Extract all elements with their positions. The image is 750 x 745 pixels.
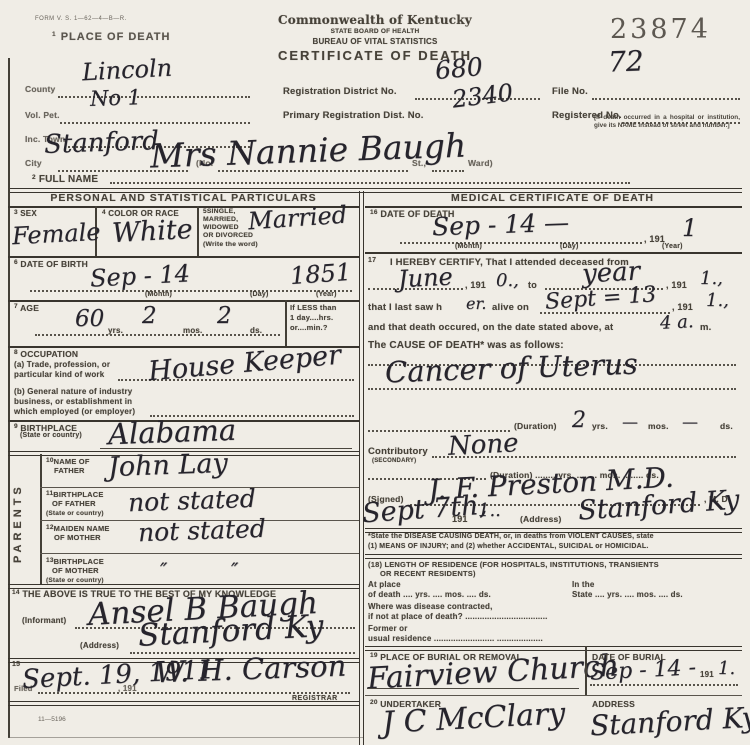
full-name-label-text: FULL NAME	[39, 174, 98, 185]
to-year-printed: , 191	[666, 280, 687, 290]
burial-place-line	[367, 688, 579, 689]
field-number: 19	[370, 652, 378, 659]
father-name-l1: NAME OF	[54, 457, 90, 466]
in-the-label: In the	[572, 580, 595, 589]
form-code-bottom: 11—5196	[38, 716, 66, 723]
field-number: 3	[14, 209, 18, 216]
medical-section-title: MEDICAL CERTIFICATE OF DEATH	[365, 192, 740, 204]
registrar-line	[38, 692, 350, 694]
occupation-b2: business, or establishment in	[14, 397, 132, 406]
occupation-a2: particular kind of work	[14, 370, 104, 379]
registrar-signature: W. H. Carson	[155, 652, 347, 688]
attended-from-value: June	[397, 265, 453, 292]
father-name-value: John Lay	[108, 450, 229, 481]
full-name-line	[110, 182, 630, 184]
field-number: 1	[52, 31, 57, 38]
birthplace-hint: (State or country)	[20, 432, 82, 439]
former-line1: Former or	[368, 624, 408, 633]
informant-label: (Informant)	[22, 616, 66, 625]
field-number: 20	[370, 699, 378, 706]
duration1-years: 2	[572, 410, 586, 432]
occupation-label: 8 OCCUPATION	[14, 349, 78, 359]
to-year-value: 1.,	[700, 270, 723, 288]
hospital-note: [If death occurred in a hospital or inst…	[594, 114, 740, 131]
footnote-line2: (1) MEANS OF INJURY; and (2) whether ACC…	[368, 543, 740, 550]
age-label-text: AGE	[20, 303, 39, 313]
signed-year-value: 1..	[478, 502, 501, 520]
row-rule	[8, 300, 359, 302]
field-number: 2	[32, 174, 36, 181]
primary-registration-label: Primary Registration Dist. No.	[283, 110, 424, 121]
contributory-label: Contributory	[368, 446, 428, 457]
field-number: 8	[14, 349, 18, 356]
column-divider	[359, 191, 364, 745]
duration1-ds-label: ds.	[720, 421, 733, 431]
row-rule	[365, 252, 742, 254]
field-number: 10	[46, 457, 54, 464]
mother-bp-l1: BIRTHPLACE	[54, 557, 104, 566]
city-value: Stanford	[44, 128, 160, 158]
bureau-subtitle: BUREAU OF VITAL STATISTICS	[250, 37, 500, 46]
marital-l2: MARRIED,	[203, 216, 238, 223]
father-name-l2: FATHER	[46, 466, 85, 475]
place-of-death-label: PLACE OF DEATH	[61, 31, 171, 43]
informant-address-value: Stanford Ky	[137, 611, 324, 652]
contributory-line	[432, 456, 736, 458]
ward-label: Ward)	[468, 158, 493, 168]
ward-line	[432, 170, 464, 172]
death-time-value: 4 a.	[660, 313, 695, 333]
age-label: 7 AGE	[14, 303, 39, 313]
duration1-yrs-label: yrs.	[592, 421, 608, 431]
dob-line	[30, 290, 352, 292]
death-occurred-line: and that death occured, on the date stat…	[368, 322, 613, 333]
registration-district-label: Registration District No.	[283, 86, 397, 97]
former-line2: usual residence ........................…	[368, 634, 543, 643]
registration-district-value: 680	[434, 54, 484, 83]
mother-name-l2: OF MOTHER	[46, 533, 101, 542]
mother-bp-l2: OF MOTHER	[46, 566, 99, 575]
sex-label: 3 SEX	[14, 209, 37, 218]
physician-address-label: (Address)	[520, 514, 561, 524]
dob-month-sublabel: (Month)	[145, 291, 172, 298]
state-board-subtitle: STATE BOARD OF HEALTH	[250, 28, 500, 35]
age-box-divider	[285, 300, 287, 346]
mother-bp-hint: (State or country)	[46, 577, 104, 584]
page-left-border	[8, 58, 10, 738]
dod-month-sublabel: (Month)	[455, 243, 482, 250]
saw-year-value: 1.,	[706, 292, 729, 310]
last-saw-prefix: that I last saw h	[368, 302, 442, 313]
father-bp-hint: (State or country)	[46, 510, 104, 517]
dob-year-sublabel: (Year)	[316, 291, 337, 298]
dod-year-value: 1	[682, 216, 697, 240]
burial-year-printed: 191	[700, 670, 714, 679]
alive-on-label: alive on	[492, 302, 529, 313]
duration1-label: (Duration)	[514, 421, 557, 431]
marital-l1: SINGLE,	[207, 208, 236, 215]
signed-year-printed: 191	[452, 514, 468, 524]
age-line	[35, 334, 280, 336]
parents-strip-divider	[40, 454, 42, 584]
age-months-value: 2	[142, 305, 157, 328]
certificate-number: 23874	[610, 14, 711, 45]
certify-number: 17	[368, 257, 376, 264]
mother-name-l1: MAIDEN NAME	[54, 524, 110, 533]
mother-name-value: not stated	[138, 516, 267, 545]
sex-value: Female	[11, 220, 101, 249]
contracted-line1: Where was disease contracted,	[368, 602, 493, 611]
age-less-than-note: If LESS than 1 day....hrs. or....min.?	[290, 303, 337, 333]
of-death-label: of death .... yrs. .... mos. .... ds.	[368, 590, 491, 599]
field-number: 7	[14, 303, 18, 310]
father-bp-l1: BIRTHPLACE	[53, 490, 103, 499]
duration1-months: —	[622, 414, 638, 430]
contributory-hint: (SECONDARY)	[372, 458, 416, 464]
duration1-days: —	[682, 414, 698, 430]
last-saw-line	[540, 312, 670, 314]
age-days-value: 2	[217, 305, 232, 328]
burial-date-line	[590, 684, 738, 686]
death-m-label: m.	[700, 322, 712, 333]
place-of-death-heading: 1 PLACE OF DEATH	[52, 31, 170, 43]
vol-pet-label: Vol. Pet.	[25, 110, 60, 120]
cause-of-death-value: Cancer of Uterus	[385, 350, 639, 388]
sex-label-text: SEX	[20, 209, 37, 218]
occupation-b3: which employed (or employer)	[14, 407, 135, 416]
from-year-value: 0.,	[496, 272, 519, 290]
dod-day-sublabel: (Day)	[560, 243, 579, 250]
residence-number: (18)	[368, 560, 382, 569]
parents-row-rule	[40, 553, 359, 554]
color-race-value: White	[111, 216, 193, 247]
field-number: 6	[14, 259, 18, 266]
field-number: 13	[46, 557, 54, 564]
filed-number: 15	[12, 661, 20, 668]
city-label: City	[25, 158, 42, 168]
from-year-printed: , 191	[465, 280, 486, 290]
left-column-bottom-rule	[8, 701, 359, 706]
burial-year-value: 1.	[718, 660, 735, 678]
field-number: 12	[46, 524, 54, 531]
dob-label: 6 DATE OF BIRTH	[14, 259, 88, 269]
to-label: to	[528, 280, 537, 290]
marital-hint: (Write the word)	[203, 241, 258, 248]
date-of-death-value: Sep - 14 —	[432, 210, 570, 240]
footnote-line1: *State the DISEASE CAUSING DEATH, or, in…	[368, 533, 740, 540]
mother-name-label: 12MAIDEN NAME OF MOTHER	[46, 524, 110, 543]
father-birthplace-value: not stated	[128, 486, 257, 515]
personal-section-title: PERSONAL AND STATISTICAL PARTICULARS	[8, 192, 359, 204]
file-no-label: File No.	[552, 86, 588, 97]
less-note-l3: or....min.?	[290, 323, 328, 332]
dob-day-sublabel: (Day)	[250, 291, 269, 298]
less-note-l2: 1 day....hrs.	[290, 313, 333, 322]
last-saw-her: er.	[466, 296, 486, 312]
dod-year-sublabel: (Year)	[662, 243, 683, 250]
marital-l4: OR DIVORCED	[203, 232, 253, 239]
age-years-value: 60	[75, 308, 104, 331]
full-name-value: Mrs Nannie Baugh	[150, 128, 467, 172]
page-bottom-edge	[8, 737, 363, 738]
date-of-death-line	[400, 242, 642, 244]
full-name-label: 2 FULL NAME	[32, 174, 98, 185]
informant-address-label: (Address)	[80, 641, 119, 650]
field-number: 16	[370, 209, 378, 216]
burial-cell-divider	[585, 646, 587, 695]
at-place-label: At place	[368, 580, 401, 589]
father-name-label: 10NAME OF FATHER	[46, 457, 90, 476]
residence-title-1: (18) LENGTH OF RESIDENCE (FOR HOSPITALS,…	[368, 560, 659, 569]
occupation-label-text: OCCUPATION	[20, 349, 78, 359]
undertaker-value: J C McClary	[381, 699, 566, 739]
undertaker-address-value: Stanford Ky	[589, 704, 750, 741]
cause-line-2	[368, 388, 736, 390]
file-no-value: 72	[608, 47, 645, 76]
field-number: 14	[12, 589, 20, 596]
signed-date-value: Sept 7th,	[361, 492, 488, 528]
county-line	[58, 96, 250, 98]
state-label: State .... yrs. .... mos. .... ds.	[572, 590, 683, 599]
burial-date-value: Sep - 14 -	[589, 657, 696, 685]
form-code-top: FORM V. S. 1—62—4—B—R.	[35, 16, 127, 22]
occupation-a1: (a) Trade, profession, or	[14, 360, 110, 369]
less-note-l1: If LESS than	[290, 303, 337, 312]
mother-birthplace-label: 13BIRTHPLACE OF MOTHER (State or country…	[46, 557, 104, 585]
field-number: 9	[14, 423, 18, 430]
vol-pet-value: No 1	[90, 87, 142, 110]
county-label: County	[25, 84, 55, 94]
father-birthplace-label: 11BIRTHPLACE OF FATHER (State or country…	[46, 490, 104, 518]
occupation-b1: (b) General nature of industry	[14, 387, 132, 396]
marital-status-value: Married	[247, 203, 348, 234]
commonwealth-title: Commonwealth of Kentucky	[250, 13, 500, 27]
residence-title-text: LENGTH OF RESIDENCE (FOR HOSPITALS, INST…	[384, 560, 658, 569]
color-marital-divider	[197, 206, 199, 256]
duration1-mos-label: mos.	[648, 421, 669, 431]
residence-title-2: OR RECENT RESIDENTS)	[380, 569, 476, 578]
mother-birthplace-value: ″ ″	[160, 560, 239, 580]
marital-l3: WIDOWED	[203, 224, 239, 231]
burial-top-rule	[365, 646, 742, 651]
field-number: 4	[102, 209, 106, 216]
row-rule	[8, 256, 359, 258]
birthplace-value: Alabama	[108, 416, 237, 449]
vol-pet-line	[60, 122, 250, 124]
last-saw-date: Sept = 13	[544, 284, 657, 314]
dob-year-value: 1851	[289, 260, 352, 288]
footnote-bottom-rule	[365, 554, 742, 559]
father-bp-l2: OF FATHER	[46, 499, 96, 508]
death-certificate-scan: FORM V. S. 1—62—4—B—R. 1 PLACE OF DEATH …	[0, 0, 750, 745]
contracted-line2: if not at place of death? ..............…	[368, 612, 548, 621]
dob-label-text: DATE OF BIRTH	[20, 259, 88, 269]
file-no-line	[592, 98, 740, 100]
county-value: Lincoln	[81, 56, 172, 85]
dob-value: Sep - 14	[89, 261, 190, 290]
primary-registration-value: 2340	[451, 80, 515, 111]
parents-group-label: PARENTS	[12, 472, 24, 574]
